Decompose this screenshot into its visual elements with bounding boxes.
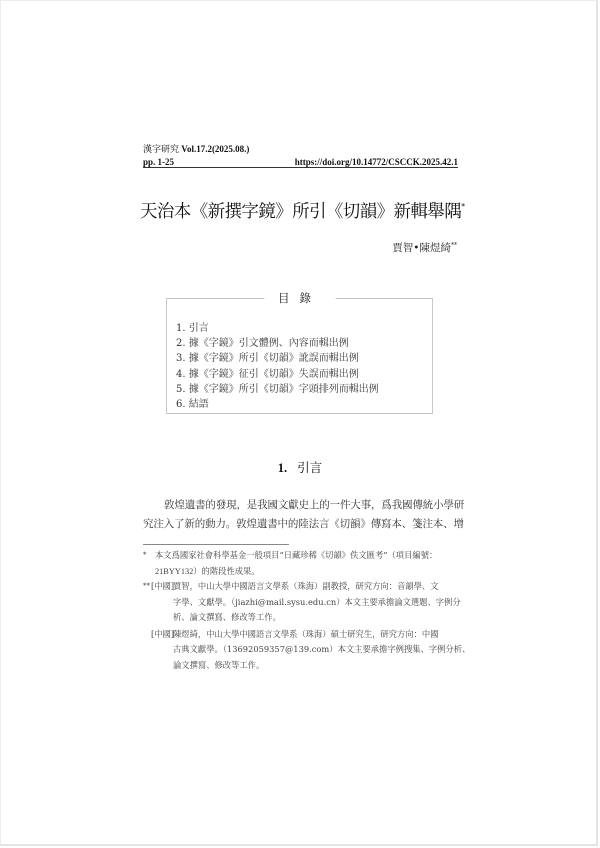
section-number: 1. [278,461,287,475]
footnote-funding: * 本文爲國家社會科學基金一般項目“日藏珍稀《切韻》佚文匯考”（項目編號： 21… [143,548,459,579]
journal-name: 漢字研究 [143,145,179,155]
paper-title-text: 天治本《新撰字鏡》所引《切韻》新輯舉隅 [140,202,461,222]
footnote-line: 析、論文撰寫、修改等工作。 [173,610,459,626]
title-footnote-mark[interactable]: * [461,202,464,211]
footnote-author-2: [中國] 陳煜綺，中山大學中國語言文學系（珠海）碩士研究生，研究方向：中國 古典… [143,627,459,674]
footnote-line: 賈智，中山大學中國語言文學系（珠海）副教授，研究方向：音韻學、文 [173,579,459,595]
toc-item: 2. 據《字鏡》引文體例、內容而輯出例 [176,336,379,351]
footnote-line: 古典文獻學。（13692059357@139.com）本文主要承擔字例搜集、字例… [173,642,459,658]
footnote-line: 論文撰寫、修改等工作。 [173,658,459,674]
body-line: 敦煌遺書的發現，是我國文獻史上的一件大事，爲我國傳統小學研 [143,496,459,515]
journal-volume: Vol.17.2(2025.08.) [181,144,249,154]
author-line: 賈智•陳煜綺** [392,240,457,255]
body-line: 究注入了新的動力。敦煌遺書中的陸法言《切韻》傳寫本、箋注本、增 [143,515,459,534]
toc-item: 4. 據《字鏡》征引《切韻》失誤而輯出例 [176,367,379,382]
footnote-line: 陳煜綺，中山大學中國語言文學系（珠海）碩士研究生，研究方向：中國 [173,627,459,643]
toc-item: 1. 引言 [176,321,379,336]
footnote-line: 本文爲國家社會科學基金一般項目“日藏珍稀《切韻》佚文匯考”（項目編號： [155,548,459,564]
toc-title: 目錄 [264,290,335,306]
author-names: 賈智•陳煜綺 [392,242,451,254]
author-footnote-mark[interactable]: ** [451,242,457,249]
footnote-line: 21BYY132）的階段性成果。 [155,564,459,580]
section-heading: 1.引言 [140,458,460,476]
country-tag: [中國] [151,627,174,643]
page-frame [0,0,598,846]
toc-item: 5. 據《字鏡》所引《切韻》字頭排列而輯出例 [176,382,379,397]
section-title: 引言 [297,460,322,475]
footnotes: * 本文爲國家社會科學基金一般項目“日藏珍稀《切韻》佚文匯考”（項目編號： 21… [143,548,459,673]
running-head: 漢字研究 Vol.17.2(2025.08.) pp. 1-25 https:/… [143,143,458,168]
footnote-line: 字學、文獻學。（jiazhi@mail.sysu.edu.cn）本文主要承擔論文… [173,595,459,611]
footnote-mark: ** [143,579,150,595]
header-rule [143,167,458,168]
table-of-contents: 目錄 1. 引言 2. 據《字鏡》引文體例、內容而輯出例 3. 據《字鏡》所引《… [166,298,433,414]
toc-item: 6. 結語 [176,397,379,412]
toc-item: 3. 據《字鏡》所引《切韻》訛誤而輯出例 [176,351,379,366]
body-paragraph: 敦煌遺書的發現，是我國文獻史上的一件大事，爲我國傳統小學研 究注入了新的動力。敦… [143,496,459,533]
toc-list: 1. 引言 2. 據《字鏡》引文體例、內容而輯出例 3. 據《字鏡》所引《切韻》… [176,321,379,412]
journal-info: 漢字研究 Vol.17.2(2025.08.) [143,143,249,156]
footnote-rule [143,544,289,545]
paper-title: 天治本《新撰字鏡》所引《切韻》新輯舉隅* [140,198,460,223]
footnote-mark: * [143,548,147,564]
country-tag: [中國] [151,579,174,595]
footnote-author-1: ** [中國] 賈智，中山大學中國語言文學系（珠海）副教授，研究方向：音韻學、文… [143,579,459,626]
